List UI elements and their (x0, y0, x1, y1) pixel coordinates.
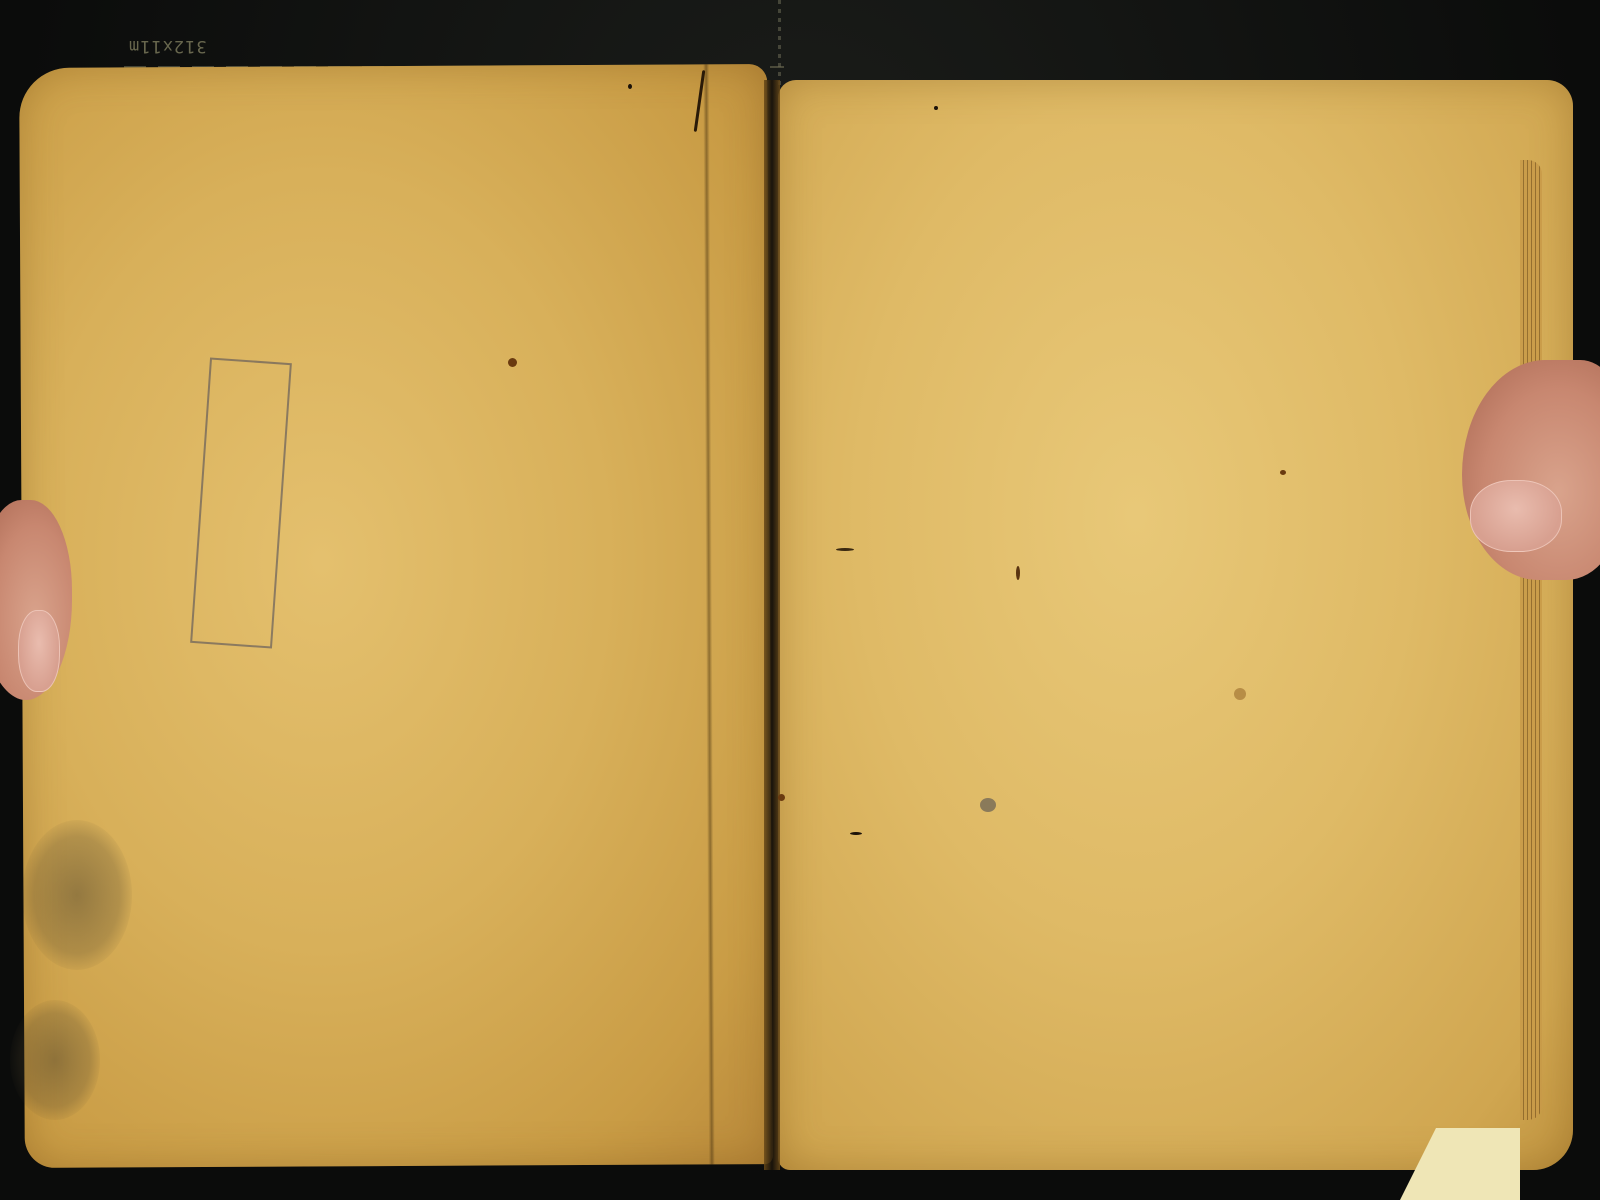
foxing-spot (628, 84, 632, 89)
foxing-spot (508, 358, 517, 367)
thumbprint-smudge (22, 820, 132, 970)
mirrored-ruler-label: 312x11m (128, 36, 207, 56)
foxing-spot (934, 106, 938, 110)
foxing-spot (850, 832, 862, 835)
right-thumbnail (1470, 480, 1562, 552)
right-page-edges (1520, 160, 1542, 1120)
foxing-spot (778, 794, 785, 801)
right-page (778, 80, 1573, 1170)
foxing-spot (836, 548, 854, 551)
stain-spot (1234, 688, 1246, 700)
stain-spot (980, 798, 996, 812)
foxing-spot (1016, 566, 1020, 580)
book-gutter (764, 80, 780, 1170)
left-page (19, 64, 773, 1168)
left-thumbnail (18, 610, 60, 692)
foxing-spot (1280, 470, 1286, 475)
thumbprint-smudge (10, 1000, 100, 1120)
background-seam (778, 0, 781, 90)
page-fold-line (703, 64, 715, 1164)
